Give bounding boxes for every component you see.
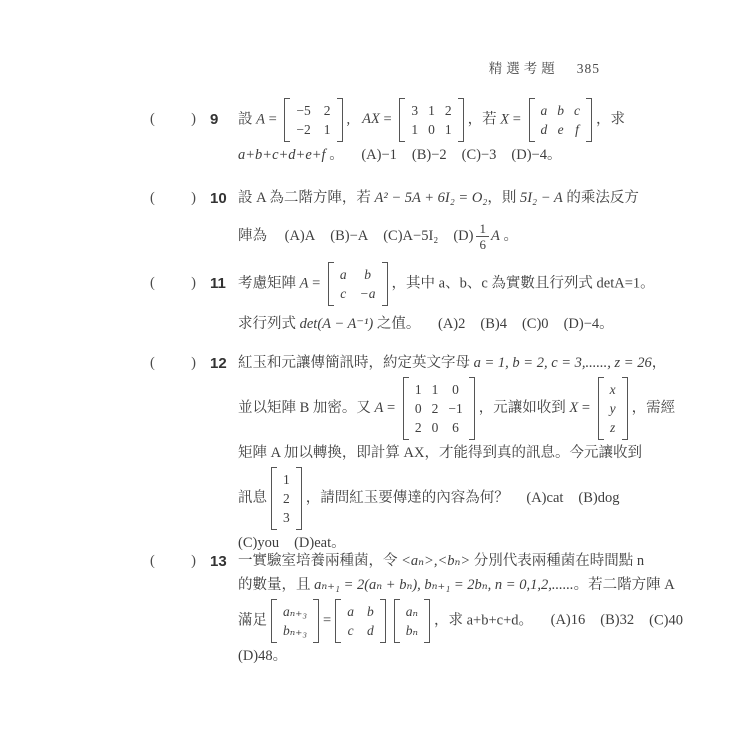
text-run: ，求: [434, 612, 467, 628]
variable-a: A: [491, 228, 500, 244]
equals-sign: =: [383, 400, 398, 416]
matrix-ax: 312101: [399, 98, 463, 142]
matrix-coefficients: abcd: [335, 599, 386, 643]
period: 。: [500, 228, 518, 244]
matrix-cell: c: [347, 621, 354, 640]
matrix-cell: −5: [296, 101, 310, 120]
fraction-one-sixth: 16: [476, 221, 489, 252]
text-run: 紅玉和元讓傳簡訊時，約定英文字母: [238, 355, 474, 371]
matrix-cells: abcd: [341, 599, 380, 643]
text-run: 分別代表兩種菌在時間點 n: [470, 553, 644, 569]
question-line: 考慮矩陣 A = abc−a，其中 a、b、c 為實數且行列式 detA=1。: [238, 262, 633, 306]
marker-close-paren: ): [191, 355, 196, 372]
header-title: 精選考題: [489, 57, 559, 77]
matrix-cell: 1: [324, 120, 331, 139]
matrix-a: abc−a: [328, 262, 388, 306]
question-line: 設 A 為二階方陣，若 A² − 5A + 6I₂ = O₂，則 5I₂ − A…: [238, 188, 633, 209]
period: 。: [519, 612, 534, 628]
bracket-right: [424, 599, 430, 643]
option-c: (C)A−5I₂: [383, 228, 438, 244]
page-header: 精選考題 385: [489, 57, 600, 77]
matrix-a: −52−21: [284, 98, 342, 142]
text-run: 設 A 為二階方陣，若: [238, 190, 375, 206]
question-13: ( ) 13 一實驗室培養兩種菌，令 <aₙ>,<bₙ> 分別代表兩種菌在時間點…: [150, 551, 630, 667]
option-c: (C)0: [522, 316, 549, 332]
text-run: 滿足: [238, 612, 267, 628]
matrix-cell: 2: [432, 399, 439, 418]
question-9: ( ) 9 設 A = −52−21,AX = 312101，若 X = abc…: [150, 98, 630, 166]
matrix-cell: a: [541, 101, 548, 120]
matrix-cell: 3: [411, 101, 418, 120]
text-run: 求行列式: [238, 316, 300, 332]
question-line: 滿足aₙ₊₃bₙ₊₃=abcdaₙbₙ，求 a+b+c+d。 (A)16(B)3…: [238, 599, 633, 643]
math-run: A² − 5A + 6I₂ = O₂: [375, 190, 488, 206]
option-d: (D)−4。: [511, 147, 561, 163]
marker-open-paren: (: [150, 111, 155, 128]
question-line: 陣為 (A)A(B)−A(C)A−5I₂(D)16A 。: [238, 221, 633, 252]
matrix-cell: bₙ₊₃: [283, 621, 307, 640]
text-run: ，求: [596, 111, 625, 127]
matrix-cells: xyz: [604, 377, 622, 440]
question-line: 的數量，且 aₙ₊₁ = 2(aₙ + bₙ), bₙ₊₁ = 2bₙ, n =…: [238, 575, 633, 596]
matrix-cell: 1: [415, 380, 422, 399]
matrix-cell: 2: [283, 489, 290, 508]
matrix-cell: 6: [448, 418, 462, 437]
matrix-message: 123: [271, 467, 302, 530]
matrix-cell: 1: [283, 470, 290, 489]
text-run: ，請問紅玉要傳達的內容為何？: [306, 490, 509, 506]
matrix-cell: 0: [432, 418, 439, 437]
question-marker: ( ): [150, 190, 196, 207]
matrix-cell: 2: [324, 101, 331, 120]
question-line: 矩陣 A 加以轉換，即計算 AX，才能得到真的訊息。今元讓收到: [238, 443, 633, 464]
text-run: 矩陣 A 加以轉換，即計算 AX，才能得到真的訊息。今元讓收到: [238, 445, 642, 461]
option-a: (A)cat: [526, 490, 563, 506]
equals-sign: =: [509, 111, 524, 127]
marker-open-paren: (: [150, 553, 155, 570]
matrix-cell: b: [360, 265, 376, 284]
matrix-cell: 1: [411, 120, 418, 139]
marker-close-paren: ): [191, 190, 196, 207]
question-number: 13: [206, 553, 240, 570]
text-run: ，需經: [632, 400, 676, 416]
equals-sign: =: [308, 275, 323, 291]
question-line: 求行列式 det(A − A⁻¹) 之值。 (A)2(B)4(C)0(D)−4。: [238, 314, 633, 335]
text-run: 之值。: [373, 316, 420, 332]
question-marker: ( ): [150, 275, 196, 292]
text-run: 陣為: [238, 228, 267, 244]
text-run: 的乘法反方: [563, 190, 639, 206]
matrix-cell: 0: [448, 380, 462, 399]
matrix-x: abcdef: [529, 98, 593, 142]
matrix-cell: aₙ: [406, 602, 418, 621]
matrix-cell: x: [610, 380, 616, 399]
question-12: ( ) 12 紅玉和元讓傳簡訊時，約定英文字母 a = 1, b = 2, c …: [150, 353, 630, 554]
matrix-cell: bₙ: [406, 621, 418, 640]
option-b: (B)−A: [330, 228, 368, 244]
option-b: (B)−2: [412, 147, 447, 163]
matrix-cells: aₙ₊₃bₙ₊₃: [277, 599, 313, 643]
fraction-denominator: 6: [476, 237, 489, 252]
option-b: (B)dog: [578, 490, 619, 506]
bracket-right: [380, 599, 386, 643]
bracket-right: [458, 98, 464, 142]
math-run: aₙ₊₁ = 2(aₙ + bₙ), bₙ₊₁ = 2bₙ, n = 0,1,2…: [314, 577, 573, 593]
matrix-cell: a: [347, 602, 354, 621]
text-run: 並以矩陣 B 加密。又: [238, 400, 375, 416]
variable-x: X: [500, 111, 509, 127]
question-line: (D)48。: [238, 646, 633, 667]
text-run: ，則: [487, 190, 520, 206]
question-line: 紅玉和元讓傳簡訊時，約定英文字母 a = 1, b = 2, c = 3,...…: [238, 353, 633, 374]
question-number: 12: [206, 355, 240, 372]
bracket-right: [622, 377, 628, 440]
matrix-cell: e: [557, 120, 564, 139]
text-run: 。若二階方陣 A: [574, 577, 675, 593]
matrix-left: aₙ₊₃bₙ₊₃: [271, 599, 319, 643]
variable-x: X: [569, 400, 578, 416]
text-run: ，其中 a、b、c 為實數且行列式 detA=1。: [392, 275, 655, 291]
equals-sign: =: [265, 111, 280, 127]
question-marker: ( ): [150, 111, 196, 128]
option-a: (A)−1: [361, 147, 397, 163]
bracket-right: [469, 377, 475, 440]
matrix-cell: a: [340, 265, 347, 284]
option-b: (B)32: [600, 612, 634, 628]
matrix-cell: −1: [448, 399, 462, 418]
option-c: (C)−3: [462, 147, 497, 163]
option-d: (D)48。: [238, 648, 287, 664]
matrix-cells: abc−a: [334, 262, 382, 306]
question-11: ( ) 11 考慮矩陣 A = abc−a，其中 a、b、c 為實數且行列式 d…: [150, 262, 630, 335]
comma: ,: [347, 111, 351, 127]
matrix-cell: 2: [445, 101, 452, 120]
matrix-cell: y: [610, 399, 616, 418]
math-run: a = 1, b = 2, c = 3,......, z = 26: [474, 355, 652, 371]
bracket-right: [313, 599, 319, 643]
question-10: ( ) 10 設 A 為二階方陣，若 A² − 5A + 6I₂ = O₂，則 …: [150, 188, 630, 252]
matrix-cells: 11002−1206: [409, 377, 469, 440]
marker-close-paren: ): [191, 275, 196, 292]
matrix-right: aₙbₙ: [394, 599, 430, 643]
matrix-cell: d: [541, 120, 548, 139]
bracket-right: [586, 98, 592, 142]
matrix-cell: 0: [428, 120, 435, 139]
matrix-cell: f: [574, 120, 580, 139]
question-line: 一實驗室培養兩種菌，令 <aₙ>,<bₙ> 分別代表兩種菌在時間點 n: [238, 551, 633, 572]
text-run: 的數量，且: [238, 577, 314, 593]
option-c: (C)40: [649, 612, 683, 628]
question-line: 並以矩陣 B 加密。又 A = 11002−1206，元讓如收到 X = xyz…: [238, 377, 633, 440]
page: 精選考題 385 ( ) 9 設 A = −52−21,AX = 312101，…: [0, 0, 750, 750]
matrix-cell: 2: [415, 418, 422, 437]
text-run: 設: [238, 111, 256, 127]
bracket-right: [296, 467, 302, 530]
marker-close-paren: ): [191, 553, 196, 570]
question-body: 設 A 為二階方陣，若 A² − 5A + 6I₂ = O₂，則 5I₂ − A…: [238, 188, 633, 252]
matrix-cell: c: [574, 101, 580, 120]
marker-open-paren: (: [150, 275, 155, 292]
math-run: 5I₂ − A: [520, 190, 563, 206]
matrix-cell: c: [340, 284, 347, 303]
question-number: 10: [206, 190, 240, 207]
option-d: (D)−4。: [564, 316, 614, 332]
matrix-cell: z: [610, 418, 616, 437]
question-line: 設 A = −52−21,AX = 312101，若 X = abcdef，求: [238, 98, 633, 142]
matrix-cell: 1: [428, 101, 435, 120]
marker-close-paren: ): [191, 111, 196, 128]
equals-sign: =: [323, 612, 331, 628]
option-a: (A)16: [551, 612, 586, 628]
equals-sign: =: [380, 111, 395, 127]
text-run: 一實驗室培養兩種菌，令: [238, 553, 401, 569]
bracket-right: [337, 98, 343, 142]
period: 。: [326, 147, 344, 163]
question-line: 訊息123，請問紅玉要傳達的內容為何？ (A)cat(B)dog: [238, 467, 633, 530]
math-run: a+b+c+d: [467, 612, 519, 628]
matrix-cell: 1: [445, 120, 452, 139]
marker-open-paren: (: [150, 355, 155, 372]
option-d: (D)eat。: [294, 535, 346, 551]
question-marker: ( ): [150, 553, 196, 570]
equals-sign: =: [578, 400, 593, 416]
math-run: det(A − A⁻¹): [300, 316, 374, 332]
question-body: 考慮矩陣 A = abc−a，其中 a、b、c 為實數且行列式 detA=1。 …: [238, 262, 633, 335]
question-body: 設 A = −52−21,AX = 312101，若 X = abcdef，求 …: [238, 98, 633, 166]
fraction-numerator: 1: [476, 221, 489, 237]
matrix-cells: aₙbₙ: [400, 599, 424, 643]
math-run: <aₙ>,<bₙ>: [401, 553, 470, 569]
text-run: ，: [652, 355, 667, 371]
matrix-cell: b: [557, 101, 564, 120]
matrix-cell: b: [367, 602, 374, 621]
matrix-cells: 312101: [405, 98, 457, 142]
matrix-cell: 0: [415, 399, 422, 418]
matrix-cell: aₙ₊₃: [283, 602, 307, 621]
matrix-cell: d: [367, 621, 374, 640]
bracket-right: [382, 262, 388, 306]
variable-a: A: [256, 111, 265, 127]
marker-open-paren: (: [150, 190, 155, 207]
matrix-cell: 3: [283, 508, 290, 527]
header-page-number: 385: [577, 61, 600, 77]
option-c: (C)you: [238, 535, 279, 551]
question-number: 9: [206, 111, 240, 128]
question-body: 紅玉和元讓傳簡訊時，約定英文字母 a = 1, b = 2, c = 3,...…: [238, 353, 633, 554]
text-run: ，元讓如收到: [479, 400, 570, 416]
matrix-cell: −2: [296, 120, 310, 139]
text-run: ，若: [468, 111, 501, 127]
variable-ax: AX: [362, 111, 380, 127]
matrix-cells: −52−21: [290, 98, 336, 142]
text-run: 訊息: [238, 490, 267, 506]
question-number: 11: [206, 275, 240, 292]
option-d: (D): [453, 228, 473, 244]
question-body: 一實驗室培養兩種菌，令 <aₙ>,<bₙ> 分別代表兩種菌在時間點 n 的數量，…: [238, 551, 633, 667]
option-a: (A)A: [285, 228, 316, 244]
option-a: (A)2: [438, 316, 465, 332]
option-b: (B)4: [480, 316, 507, 332]
matrix-cells: abcdef: [535, 98, 587, 142]
matrix-cells: 123: [277, 467, 296, 530]
matrix-cell: −a: [360, 284, 376, 303]
question-marker: ( ): [150, 355, 196, 372]
question-line: a+b+c+d+e+f 。 (A)−1(B)−2(C)−3(D)−4。: [238, 145, 633, 166]
matrix-x: xyz: [598, 377, 628, 440]
matrix-cell: 1: [432, 380, 439, 399]
matrix-a: 11002−1206: [403, 377, 475, 440]
text-run: 考慮矩陣: [238, 275, 300, 291]
math-run: a+b+c+d+e+f: [238, 147, 326, 163]
